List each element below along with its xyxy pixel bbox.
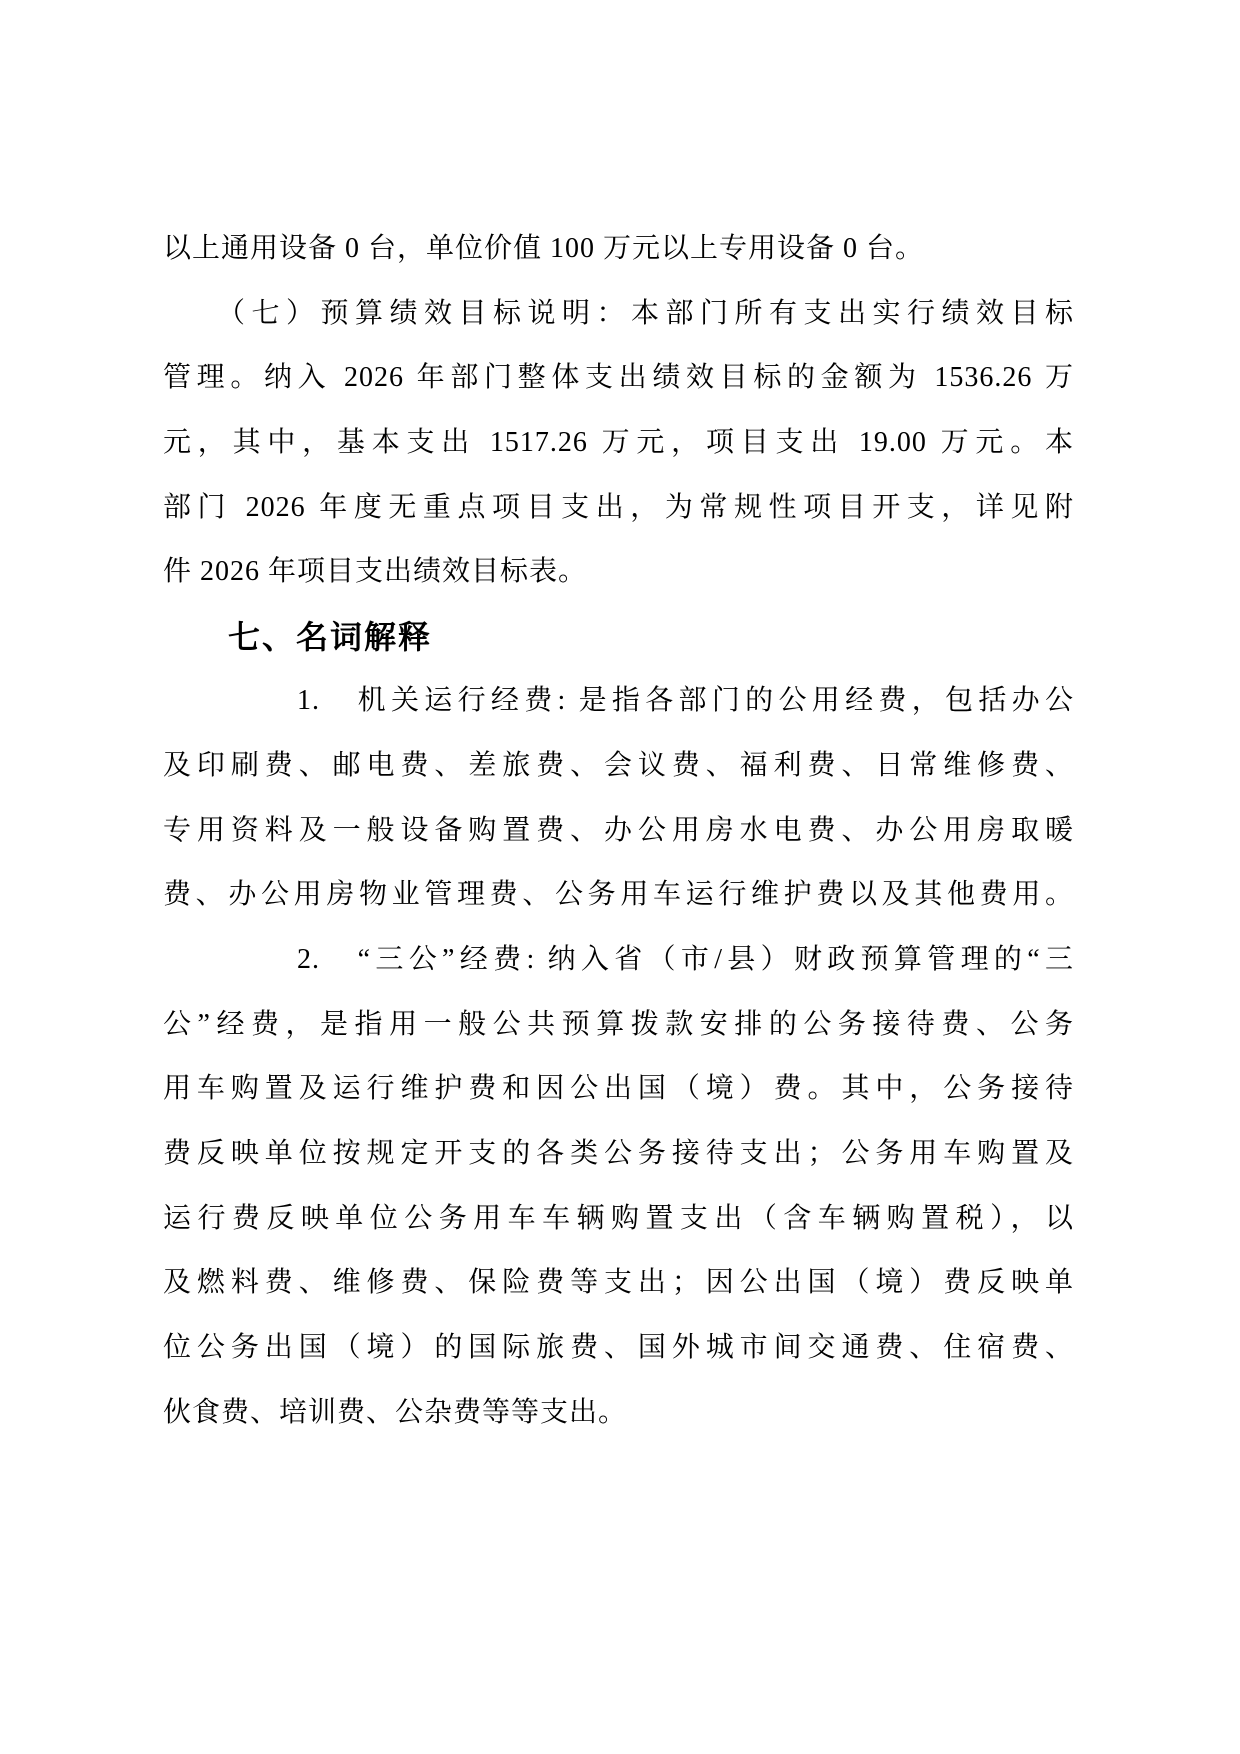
text-line: 件 2026 年项目支出绩效目标表。 [163, 540, 1074, 605]
text-line: 运行费反映单位公务用车车辆购置支出（含车辆购置税），以 [163, 1187, 1074, 1252]
text-line: 位公务出国（境）的国际旅费、国外城市间交通费、住宿费、 [163, 1316, 1074, 1381]
section-heading: 七、名词解释 [163, 605, 1074, 670]
document-body: 以上通用设备 0 台，单位价值 100 万元以上专用设备 0 台。 （七）预算绩… [163, 217, 1074, 1445]
text-line: 及印刷费、邮电费、差旅费、会议费、福利费、日常维修费、 [163, 734, 1074, 799]
text-line: 及燃料费、维修费、保险费等支出；因公出国（境）费反映单 [163, 1251, 1074, 1316]
text-line: 2. “三公”经费: 纳入省（市/县）财政预算管理的“三 [163, 928, 1074, 993]
document-page: 以上通用设备 0 台，单位价值 100 万元以上专用设备 0 台。 （七）预算绩… [0, 0, 1240, 1754]
text-line: 专用资料及一般设备购置费、办公用房水电费、办公用房取暖 [163, 799, 1074, 864]
text-line: 用车购置及运行维护费和因公出国（境）费。其中，公务接待 [163, 1057, 1074, 1122]
text-line: 费、办公用房物业管理费、公务用车运行维护费以及其他费用。 [163, 863, 1074, 928]
text-line: （七）预算绩效目标说明：本部门所有支出实行绩效目标 [163, 282, 1074, 347]
text-line: 费反映单位按规定开支的各类公务接待支出；公务用车购置及 [163, 1122, 1074, 1187]
text-line: 伙食费、培训费、公杂费等等支出。 [163, 1381, 1074, 1446]
text-line: 公”经费，是指用一般公共预算拨款安排的公务接待费、公务 [163, 993, 1074, 1058]
text-line: 元，其中，基本支出 1517.26 万元，项目支出 19.00 万元。本 [163, 411, 1074, 476]
text-line: 以上通用设备 0 台，单位价值 100 万元以上专用设备 0 台。 [163, 217, 1074, 282]
text-line: 1. 机关运行经费: 是指各部门的公用经费，包括办公 [163, 669, 1074, 734]
text-line: 部门 2026 年度无重点项目支出，为常规性项目开支，详见附 [163, 476, 1074, 541]
text-line: 管理。纳入 2026 年部门整体支出绩效目标的金额为 1536.26 万 [163, 346, 1074, 411]
